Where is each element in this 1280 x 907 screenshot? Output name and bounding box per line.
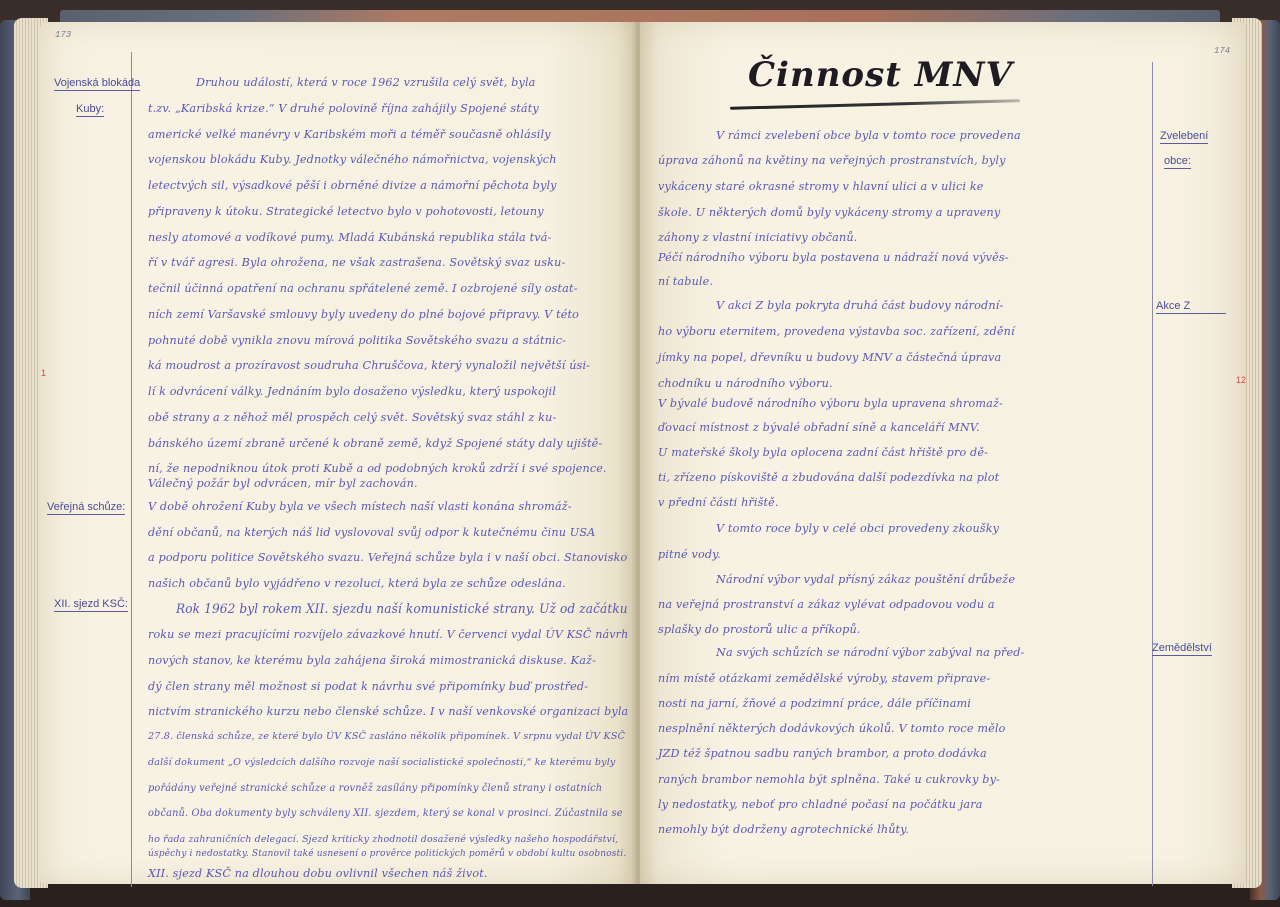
left-page-number: 173 — [55, 30, 71, 40]
margin-label-congress: XII. sjezd KSČ: — [54, 598, 128, 612]
text-line: bánského území zbraně určené k obraně ze… — [148, 438, 602, 449]
text-line: t.zv. „Karibská krize.“ V druhé polovině… — [148, 103, 539, 114]
text-line: V bývalé budově národního výboru byla up… — [658, 398, 1003, 409]
margin-label-improvement: Zvelebení — [1160, 130, 1208, 144]
text-line: americké velké manévry v Karibském moři … — [148, 129, 551, 140]
text-line: ho výboru eternitem, provedena výstavba … — [658, 326, 1015, 337]
text-line: úspěchy i nedostatky. Stanovil také usne… — [148, 850, 626, 859]
text-line: obě strany a z něhož měl prospěch celý s… — [148, 412, 556, 423]
text-line: ho řada zahraničních delegací. Sjezd kri… — [148, 835, 618, 844]
text-line: nových stanov, ke kterému byla zahájena … — [148, 655, 596, 666]
text-line: Na svých schůzích se národní výbor zabýv… — [716, 647, 1024, 658]
text-line: Národní výbor vydal přísný zákaz pouštěn… — [716, 574, 1015, 585]
text-line: splašky do prostorů ulic a příkopů. — [658, 624, 861, 635]
text-line: další dokument „O výsledcích dalšího roz… — [148, 758, 616, 768]
text-line: ká moudrost a prozíravost soudruha Chruš… — [148, 360, 590, 371]
page-heading: Činnost MNV — [748, 55, 1013, 95]
text-line: ním místě otázkami zemědělské výroby, st… — [658, 673, 990, 684]
margin-label-action-z: Akce Z — [1156, 300, 1226, 314]
text-line: úprava záhonů na květiny na veřejných pr… — [658, 155, 1006, 166]
text-line: XII. sjezd KSČ na dlouhou dobu ovlivnil … — [148, 868, 488, 879]
text-line: na veřejná prostranství a zákaz vylévat … — [658, 599, 995, 610]
margin-label-village: obce: — [1164, 155, 1191, 169]
text-line: dý člen strany měl možnost si podat k ná… — [148, 681, 588, 692]
text-line: našich občanů bylo vyjádřeno v rezoluci,… — [148, 578, 566, 589]
text-line: Rok 1962 byl rokem XII. sjezdu naší komu… — [176, 603, 628, 616]
text-line: ní tabule. — [658, 276, 713, 287]
text-line: škole. U některých domů byly vykáceny st… — [658, 207, 1000, 218]
text-line: chodníku u národního výboru. — [658, 378, 833, 389]
text-line: letectvých sil, výsadkové pěší i obrněné… — [148, 180, 557, 191]
edge-mark-right: 12 — [1236, 375, 1246, 385]
margin-label-public-meeting: Veřejná schůze: — [47, 501, 125, 515]
text-line: občanů. Oba dokumenty byly schváleny XII… — [148, 809, 623, 819]
text-line: ní, že nepodniknou útok proti Kubě a od … — [148, 463, 607, 474]
text-line: roku se mezi pracujícími rozvíjelo závaz… — [148, 629, 628, 640]
text-line: připraveny k útoku. Strategické letectvo… — [148, 206, 544, 217]
text-line: nosti na jarní, žňové a podzimní práce, … — [658, 698, 971, 709]
text-line: V akci Z byla pokryta druhá část budovy … — [716, 300, 1003, 311]
right-page-number: 174 — [1214, 46, 1230, 56]
text-line: pořádány veřejné stranické schůze a rovn… — [148, 784, 602, 794]
text-line: nictvím stranického kurzu nebo členské s… — [148, 706, 628, 717]
text-line: raných brambor nemohla být splněna. Také… — [658, 774, 1000, 785]
text-line: 27.8. členská schůze, ze které bylo ÚV K… — [148, 732, 625, 742]
text-line: ních zemí Varšavské smlouvy byly uvedeny… — [148, 309, 579, 320]
margin-label-cuba: Kuby: — [76, 103, 104, 117]
text-line: záhony z vlastní iniciativy občanů. — [658, 232, 857, 243]
text-line: ti, zřízeno pískoviště a zbudována další… — [658, 472, 999, 483]
edge-mark-left: 1 — [41, 368, 46, 378]
text-line: pohnuté době vynikla znovu mírová politi… — [148, 335, 566, 346]
text-line: ďovací místnost z bývalé obřadní síně a … — [658, 422, 980, 433]
text-line: nesly atomové a vodíkové pumy. Mladá Kub… — [148, 232, 551, 243]
text-line: v přední části hřiště. — [658, 497, 779, 508]
right-margin-rule — [1152, 62, 1153, 886]
text-line: V tomto roce byly v celé obci provedeny … — [716, 523, 999, 534]
margin-label-blockade: Vojenská blokáda — [54, 77, 140, 91]
text-line: dění občanů, na kterých náš lid vyslovov… — [148, 527, 595, 538]
left-page — [40, 22, 636, 884]
text-line: nesplnění některých dodávkových úkolů. V… — [658, 723, 1005, 734]
text-line: lí k odvrácení války. Jednáním bylo dosa… — [148, 386, 556, 397]
text-line: U mateřské školy byla oplocena zadní čás… — [658, 447, 988, 458]
text-line: ly nedostatky, neboť pro chladné počasí … — [658, 799, 983, 810]
text-line: nemohly být dodrženy agrotechnické lhůty… — [658, 824, 909, 835]
text-line: ří v tvář agresi. Byla ohrožena, ne však… — [148, 257, 565, 268]
text-line: vojenskou blokádu Kuby. Jednotky válečné… — [148, 154, 557, 165]
text-line: vykáceny staré okrasné stromy v hlavní u… — [658, 181, 984, 192]
text-line: pitné vody. — [658, 549, 721, 560]
left-margin-rule — [131, 52, 132, 887]
margin-label-agriculture: Zemědělství — [1152, 642, 1212, 656]
text-line: Druhou událostí, která v roce 1962 vzruš… — [196, 77, 536, 88]
text-line: Péčí národního výboru byla postavena u n… — [658, 252, 1009, 263]
text-line: V rámci zvelebení obce byla v tomto roce… — [716, 130, 1021, 141]
text-line: a podporu politice Sovětského svazu. Veř… — [148, 552, 627, 563]
text-line: JZD též špatnou sadbu raných brambor, a … — [658, 748, 987, 759]
text-line: V době ohrožení Kuby byla ve všech míste… — [148, 501, 572, 512]
text-line: Válečný požár byl odvrácen, mír byl zach… — [148, 478, 418, 489]
text-line: tečnil účinná opatření na ochranu spřáte… — [148, 283, 578, 294]
text-line: jímky na popel, dřevníku u budovy MNV a … — [658, 352, 1001, 363]
